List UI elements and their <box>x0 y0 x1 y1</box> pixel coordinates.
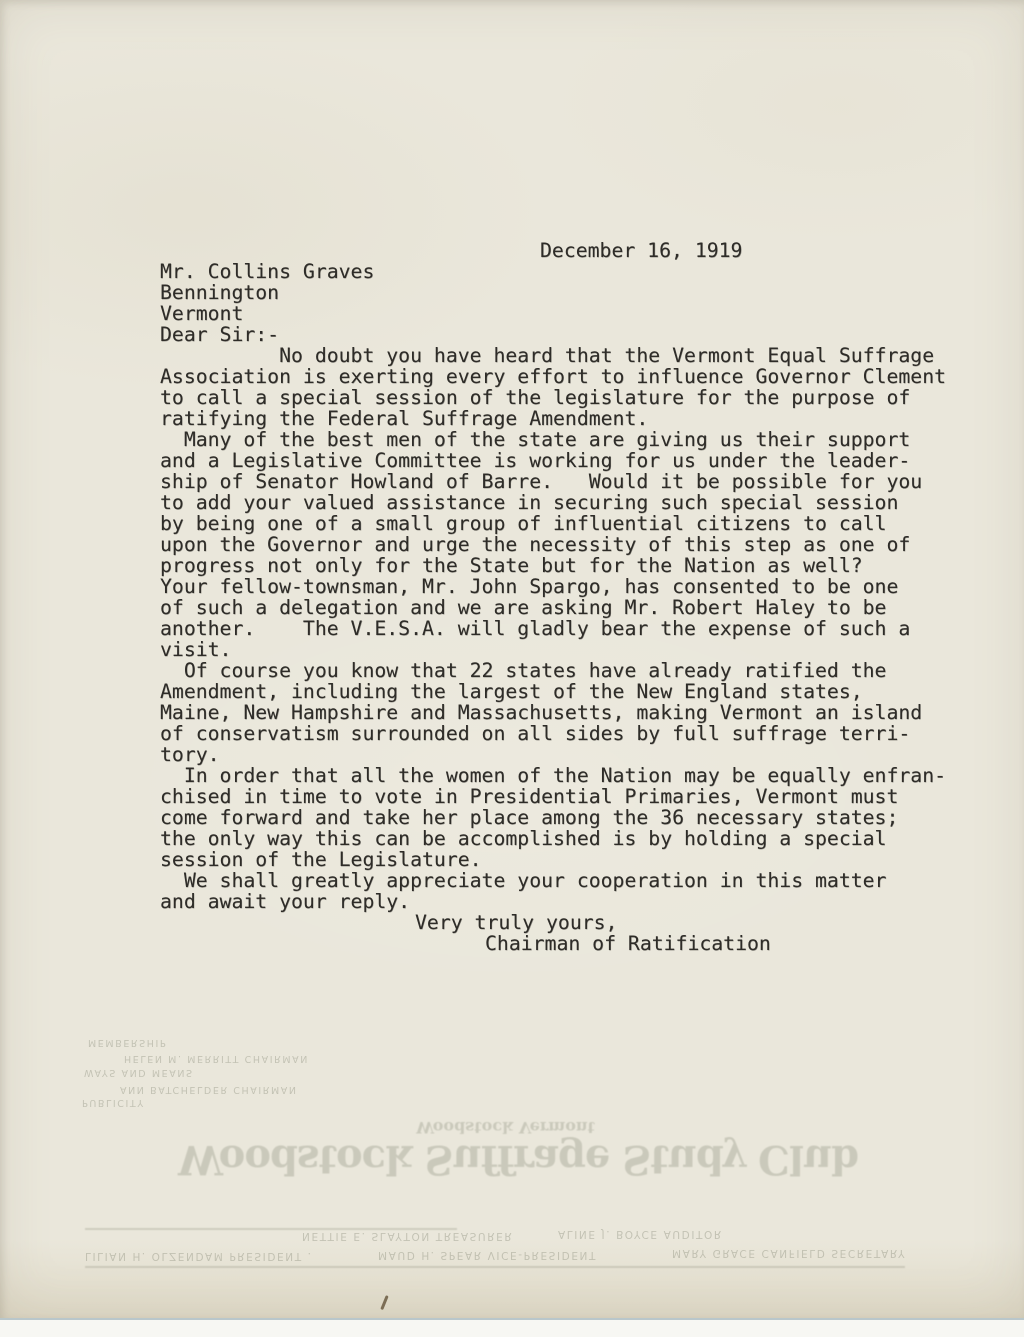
bleed-officer-vice-president: MAUD H. SPEAR VICE-PRESIDENT <box>378 1249 597 1261</box>
recipient-address: Mr. Collins Graves Bennington Vermont <box>160 261 990 324</box>
signature-title: Chairman of Ratification <box>160 933 990 954</box>
paragraph-4: In order that all the women of the Natio… <box>160 765 990 870</box>
paragraph-3: Of course you know that 22 states have a… <box>160 660 990 765</box>
bleed-committee-membership-chair: HELEN M. MERRITT CHAIRMAN <box>124 1053 309 1064</box>
bleed-rule-long <box>85 1266 905 1268</box>
pen-mark <box>380 1295 388 1310</box>
bleed-letterhead-city: Woodstock Vermont <box>408 1118 603 1137</box>
bleed-officer-treasurer: NETTIE E. SLAYTON TREASURER <box>302 1230 513 1242</box>
date-line: December 16, 1919 <box>160 240 990 261</box>
paragraph-2: Many of the best men of the state are gi… <box>160 429 990 660</box>
bleed-rule-short <box>85 1228 457 1230</box>
bleed-committee-publicity-chair: ANN BATCHELDER CHAIRMAN <box>120 1084 298 1095</box>
bleed-officer-president: LILIAN H. OLZENDAM PRESIDENT . <box>85 1250 313 1262</box>
salutation-and-paragraph-1: Dear Sir:- No doubt you have heard that … <box>160 324 990 429</box>
scan-edge <box>0 1318 1024 1337</box>
typed-letter: December 16, 1919 Mr. Collins Graves Ben… <box>160 240 990 954</box>
bleed-committee-membership-label: MEMBERSHIP <box>88 1037 167 1048</box>
bleed-committee-ways-means-label: WAYS AND MEANS <box>84 1067 194 1078</box>
bleed-officer-auditor: ALINE J. BOYCE AUDITOR <box>558 1228 723 1240</box>
bleed-committee-publicity-label: PUBLICITY <box>82 1097 145 1108</box>
paragraph-5: We shall greatly appreciate your coopera… <box>160 870 990 912</box>
bleed-letterhead-name: Woodstock Suffrage Study Club <box>178 1136 808 1183</box>
valediction: Very truly yours, <box>160 912 990 933</box>
letter-page: MEMBERSHIP HELEN M. MERRITT CHAIRMAN WAY… <box>0 0 1024 1318</box>
bleed-officer-secretary: MARY GRACE CANFIELD SECRETARY <box>672 1247 906 1259</box>
